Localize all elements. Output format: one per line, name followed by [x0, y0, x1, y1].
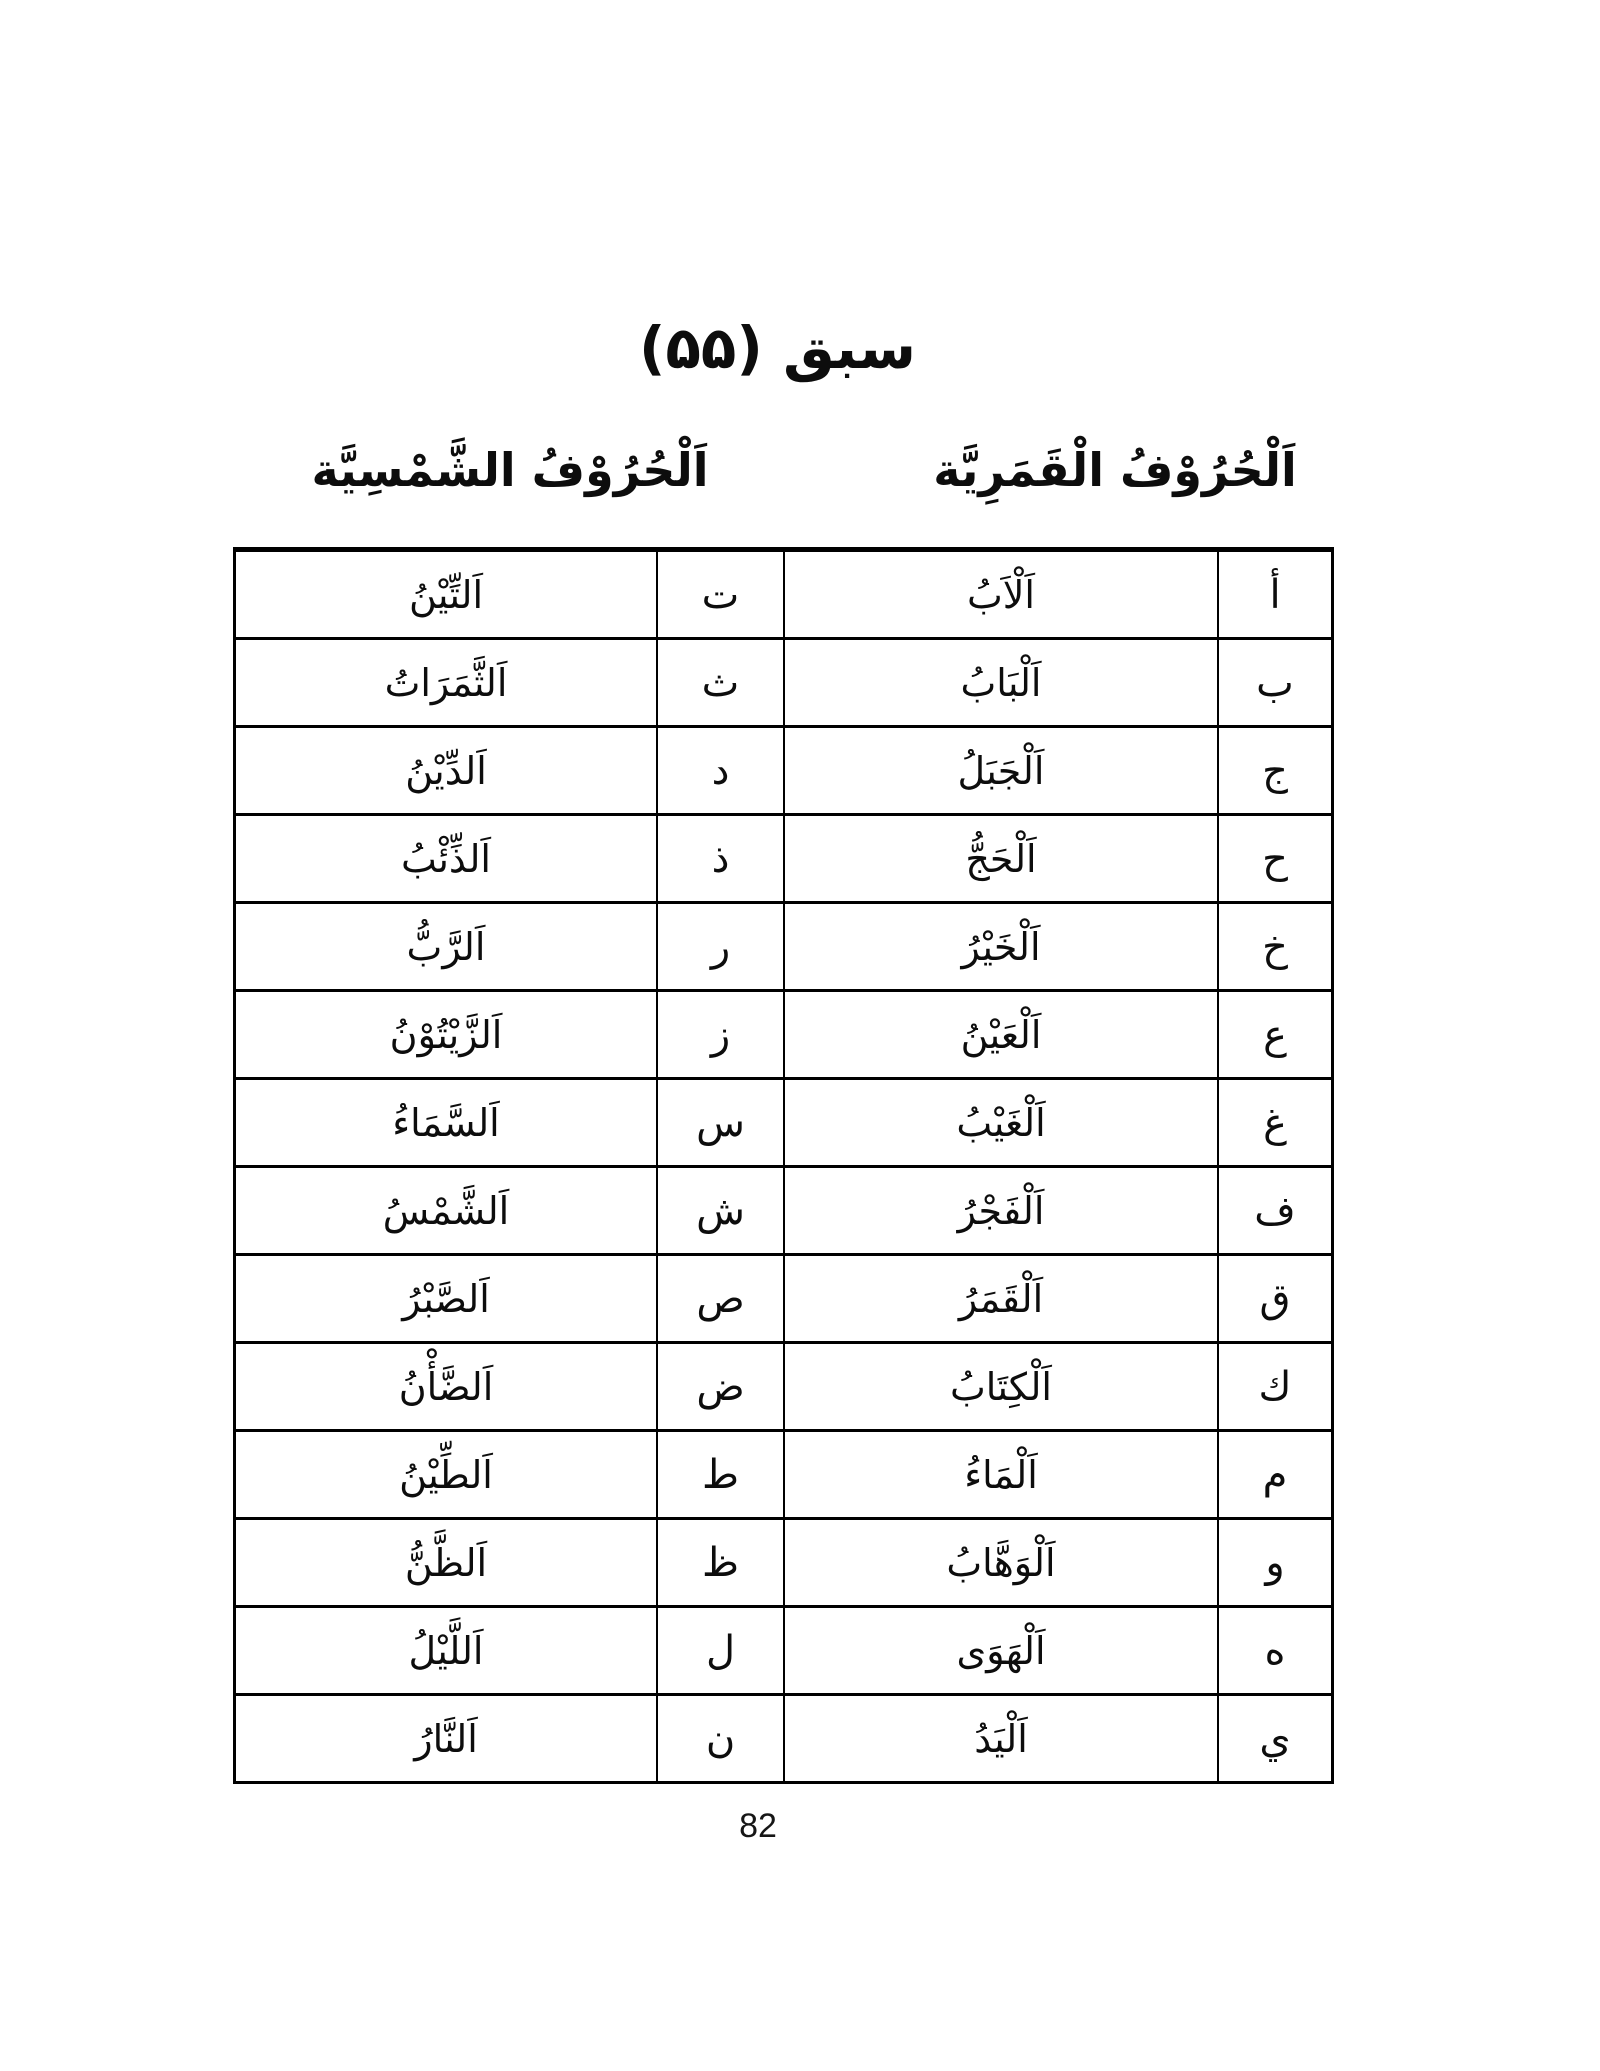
sun-letter-cell: ت — [657, 550, 784, 639]
sun-letters-header: اَلْحُرُوْفُ الشَّمْسِيَّة — [290, 405, 730, 535]
sun-word-cell: اَلزَّيْتُوْنُ — [235, 991, 658, 1079]
table-row: ع اَلْعَيْنُ ز اَلزَّيْتُوْنُ — [235, 991, 1333, 1079]
sun-word-cell: اَلشَّمْسُ — [235, 1167, 658, 1255]
moon-word-cell: اَلْبَابُ — [784, 639, 1218, 727]
document-page: سبق (۵۵) اَلْحُرُوْفُ الْقَمَرِيَّة اَلْ… — [0, 0, 1600, 2071]
table-row: ه اَلْهَوَى ل اَللَّيْلُ — [235, 1607, 1333, 1695]
sun-letter-cell: ض — [657, 1343, 784, 1431]
moon-word-cell: اَلْخَيْرُ — [784, 903, 1218, 991]
moon-letter-cell: و — [1218, 1519, 1333, 1607]
table-row: ي اَلْيَدُ ن اَلنَّارُ — [235, 1695, 1333, 1783]
moon-letter-cell: ج — [1218, 727, 1333, 815]
moon-word-cell: اَلْكِتَابُ — [784, 1343, 1218, 1431]
moon-word-cell: اَلْهَوَى — [784, 1607, 1218, 1695]
sun-word-cell: اَلضَّأْنُ — [235, 1343, 658, 1431]
moon-letter-cell: أ — [1218, 550, 1333, 639]
lesson-title: سبق (۵۵) — [233, 280, 1322, 415]
sun-letter-cell: ط — [657, 1431, 784, 1519]
moon-letter-cell: غ — [1218, 1079, 1333, 1167]
table-row: ب اَلْبَابُ ث اَلثَّمَرَاتُ — [235, 639, 1333, 727]
moon-letter-cell: ف — [1218, 1167, 1333, 1255]
sun-letter-cell: ل — [657, 1607, 784, 1695]
sun-letter-cell: ظ — [657, 1519, 784, 1607]
moon-letter-cell: ك — [1218, 1343, 1333, 1431]
sun-letter-cell: ن — [657, 1695, 784, 1783]
table-row: ك اَلْكِتَابُ ض اَلضَّأْنُ — [235, 1343, 1333, 1431]
moon-word-cell: اَلْغَيْبُ — [784, 1079, 1218, 1167]
moon-letter-cell: ب — [1218, 639, 1333, 727]
sun-word-cell: اَلنَّارُ — [235, 1695, 658, 1783]
moon-letter-cell: ي — [1218, 1695, 1333, 1783]
sun-letter-cell: ث — [657, 639, 784, 727]
table-row: ج اَلْجَبَلُ د اَلدِّيْنُ — [235, 727, 1333, 815]
sun-word-cell: اَللَّيْلُ — [235, 1607, 658, 1695]
letters-table: أ اَلْاَبُ ت اَلتِّيْنُ ب اَلْبَابُ ث اَ… — [233, 547, 1334, 1784]
sun-letter-cell: ذ — [657, 815, 784, 903]
moon-word-cell: اَلْيَدُ — [784, 1695, 1218, 1783]
moon-word-cell: اَلْفَجْرُ — [784, 1167, 1218, 1255]
moon-word-cell: اَلْقَمَرُ — [784, 1255, 1218, 1343]
moon-word-cell: اَلْحَجُّ — [784, 815, 1218, 903]
sun-word-cell: اَلظَّنُّ — [235, 1519, 658, 1607]
sun-word-cell: اَلطِّيْنُ — [235, 1431, 658, 1519]
sun-word-cell: اَلرَّبُّ — [235, 903, 658, 991]
sun-word-cell: اَلثَّمَرَاتُ — [235, 639, 658, 727]
table-row: أ اَلْاَبُ ت اَلتِّيْنُ — [235, 550, 1333, 639]
moon-word-cell: اَلْاَبُ — [784, 550, 1218, 639]
sun-letter-cell: د — [657, 727, 784, 815]
moon-letters-header: اَلْحُرُوْفُ الْقَمَرِيَّة — [880, 405, 1350, 535]
sun-letter-cell: ز — [657, 991, 784, 1079]
moon-letter-cell: ه — [1218, 1607, 1333, 1695]
sun-word-cell: اَلسَّمَاءُ — [235, 1079, 658, 1167]
sun-word-cell: اَلصَّبْرُ — [235, 1255, 658, 1343]
page-number: 82 — [658, 1806, 858, 1846]
table-row: غ اَلْغَيْبُ س اَلسَّمَاءُ — [235, 1079, 1333, 1167]
table-row: ح اَلْحَجُّ ذ اَلذِّئْبُ — [235, 815, 1333, 903]
sun-word-cell: اَلذِّئْبُ — [235, 815, 658, 903]
moon-letter-cell: م — [1218, 1431, 1333, 1519]
sun-letter-cell: س — [657, 1079, 784, 1167]
moon-letter-cell: ق — [1218, 1255, 1333, 1343]
table-row: خ اَلْخَيْرُ ر اَلرَّبُّ — [235, 903, 1333, 991]
moon-letter-cell: ح — [1218, 815, 1333, 903]
moon-word-cell: اَلْجَبَلُ — [784, 727, 1218, 815]
moon-letter-cell: ع — [1218, 991, 1333, 1079]
table-row: ق اَلْقَمَرُ ص اَلصَّبْرُ — [235, 1255, 1333, 1343]
moon-word-cell: اَلْمَاءُ — [784, 1431, 1218, 1519]
table-row: و اَلْوَهَّابُ ظ اَلظَّنُّ — [235, 1519, 1333, 1607]
moon-word-cell: اَلْعَيْنُ — [784, 991, 1218, 1079]
sun-letter-cell: ص — [657, 1255, 784, 1343]
moon-word-cell: اَلْوَهَّابُ — [784, 1519, 1218, 1607]
table-row: ف اَلْفَجْرُ ش اَلشَّمْسُ — [235, 1167, 1333, 1255]
sun-word-cell: اَلتِّيْنُ — [235, 550, 658, 639]
table-row: م اَلْمَاءُ ط اَلطِّيْنُ — [235, 1431, 1333, 1519]
sun-letter-cell: ر — [657, 903, 784, 991]
sun-letter-cell: ش — [657, 1167, 784, 1255]
letters-table-body: أ اَلْاَبُ ت اَلتِّيْنُ ب اَلْبَابُ ث اَ… — [235, 550, 1333, 1783]
sun-word-cell: اَلدِّيْنُ — [235, 727, 658, 815]
moon-letter-cell: خ — [1218, 903, 1333, 991]
